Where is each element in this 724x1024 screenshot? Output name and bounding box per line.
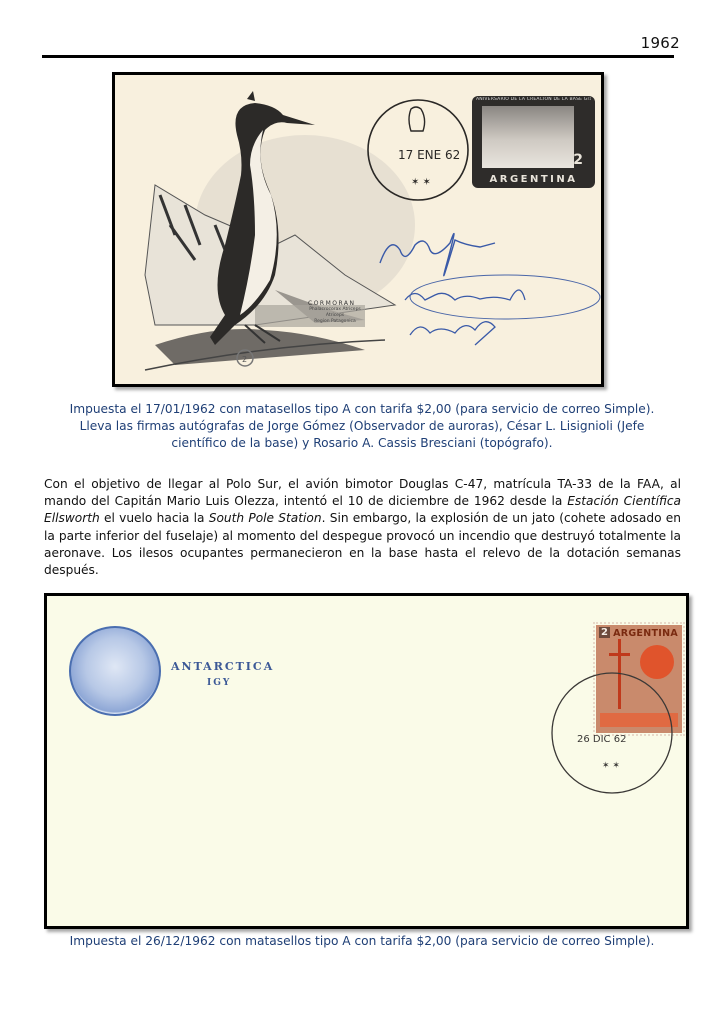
illustration-subtitle-line2: Region Patagonica bbox=[314, 319, 356, 324]
caption-line: científico de la base) y Rosario A. Cass… bbox=[40, 435, 684, 452]
illustration-subtitle-line1: Phalacrocorax Atriceps Atriceps bbox=[309, 307, 361, 318]
stamp-country: ARGENTINA bbox=[613, 628, 678, 639]
caption-line: Impuesta el 26/12/1962 con matasellos ti… bbox=[40, 933, 684, 950]
igy-seal-icon bbox=[69, 626, 161, 716]
caption-cover-1: Impuesta el 17/01/1962 con matasellos ti… bbox=[40, 401, 684, 452]
stamp-header-text: ANIVERSARIO DE LA CREACION DE LA BASE Gr… bbox=[476, 97, 591, 102]
body-text-part: el vuelo hacia la bbox=[100, 511, 209, 525]
svg-text:✶ ✶: ✶ ✶ bbox=[411, 177, 431, 188]
body-paragraph: Con el objetivo de llegar al Polo Sur, e… bbox=[44, 476, 681, 579]
postmark-ellsworth-2: 26 DIC 62 ✶ ✶ bbox=[547, 668, 677, 798]
stamp-value: 2 bbox=[573, 152, 583, 168]
illustration-subtitle: Phalacrocorax Atriceps Atriceps Region P… bbox=[300, 307, 370, 325]
stamp-scene bbox=[482, 106, 574, 168]
caption-line: Lleva las firmas autógrafas de Jorge Góm… bbox=[40, 418, 684, 435]
stamp-value: 2 bbox=[599, 627, 610, 638]
header-rule bbox=[42, 55, 674, 58]
letterhead-title: ANTARCTICA bbox=[171, 660, 274, 673]
stamp-country: ARGENTINA bbox=[472, 174, 595, 185]
body-italic-south-pole: South Pole Station bbox=[209, 511, 322, 525]
caption-cover-2: Impuesta el 26/12/1962 con matasellos ti… bbox=[40, 933, 684, 950]
svg-text:26 DIC 62: 26 DIC 62 bbox=[577, 734, 626, 745]
page-number: 1962 bbox=[641, 34, 680, 52]
postal-card-cormoran: 2 17 ENE 62 ✶ ✶ ANIVERSARIO DE LA CREACI… bbox=[112, 72, 604, 387]
caption-line: Impuesta el 17/01/1962 con matasellos ti… bbox=[40, 401, 684, 418]
stamp-argentina-antarctic: ANIVERSARIO DE LA CREACION DE LA BASE Gr… bbox=[472, 96, 595, 188]
envelope-antarctica-igy: ANTARCTICA IGY 2 ARGENTINA 26 DIC 62 ✶ ✶ bbox=[44, 593, 689, 929]
illustration-title: CORMORAN bbox=[308, 300, 356, 307]
sword-guard-icon bbox=[609, 653, 630, 656]
svg-text:✶ ✶: ✶ ✶ bbox=[602, 761, 620, 771]
letterhead-subtitle: IGY bbox=[207, 678, 231, 688]
svg-text:2: 2 bbox=[242, 355, 247, 364]
postmark-ellsworth-1: 17 ENE 62 ✶ ✶ bbox=[363, 95, 473, 205]
svg-text:17 ENE 62: 17 ENE 62 bbox=[398, 148, 460, 162]
